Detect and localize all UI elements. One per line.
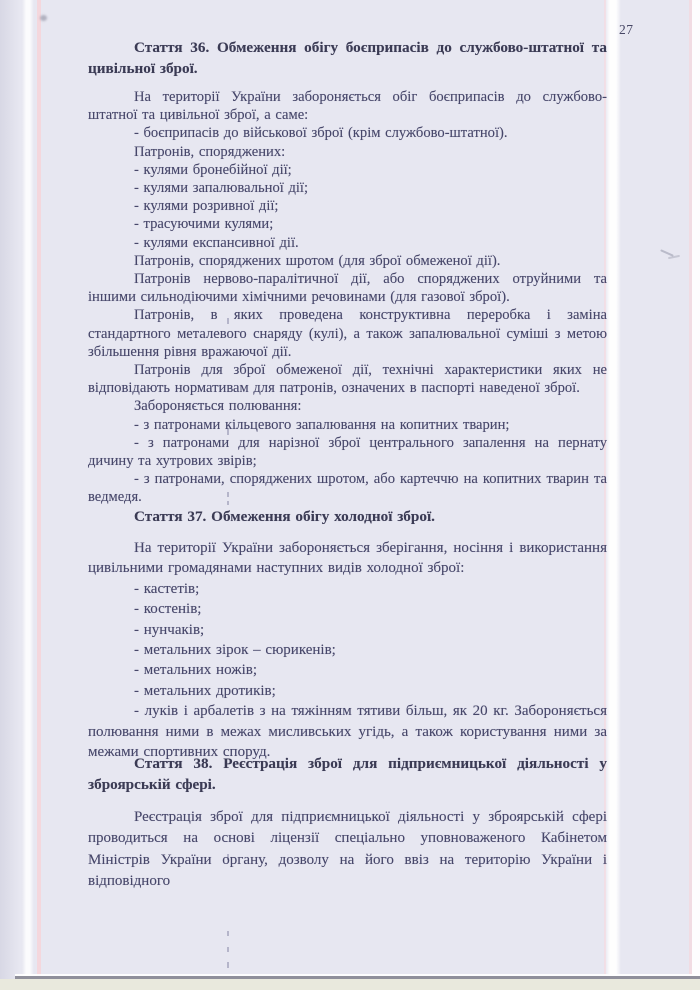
paragraph: Патронів нервово-паралітичної дії, або с… xyxy=(88,270,607,306)
paragraph: Патронів, споряджених: xyxy=(88,143,607,161)
list-item: - з патронами, споряджених шротом, або к… xyxy=(88,470,607,506)
scan-dot-artifact xyxy=(227,962,229,968)
paragraph: Патронів, в яких проведена конструктивна… xyxy=(88,306,607,361)
list-item: - кулями запалювальної дії; xyxy=(88,179,607,197)
article-38-heading-group: Стаття 38. Реєстрація зброї для підприєм… xyxy=(88,753,607,795)
scan-dot-artifact xyxy=(227,947,229,952)
scan-dot-artifact xyxy=(227,931,229,936)
paragraph: Реєстрація зброї для підприємницької дія… xyxy=(88,807,607,893)
list-item: - боєприпасів до військової зброї (крім … xyxy=(88,124,607,142)
article-heading: Стаття 38. Реєстрація зброї для підприєм… xyxy=(88,753,607,795)
article-36-body-group: На території України забороняється обіг … xyxy=(88,88,607,507)
page-number: 27 xyxy=(619,22,634,38)
article-heading: Стаття 36. Обмеження обігу боєприпасів д… xyxy=(88,38,607,79)
scan-fold-band-left xyxy=(22,0,34,990)
paragraph: Забороняється полювання: xyxy=(88,397,607,415)
article-36-heading-group: Стаття 36. Обмеження обігу боєприпасів д… xyxy=(88,38,607,79)
list-item: - кулями експансивної дії. xyxy=(88,234,607,252)
pencil-check-mark xyxy=(660,249,684,263)
list-item: - з патронами для нарізної зброї централ… xyxy=(88,434,607,470)
list-item: - метальних ножів; xyxy=(88,660,607,680)
paragraph: На території України забороняється обіг … xyxy=(88,88,607,124)
list-item: - метальних зірок – сюрикенів; xyxy=(88,640,607,660)
scan-fold-band-right xyxy=(605,0,621,990)
list-item: - кулями розривної дії; xyxy=(88,197,607,215)
scan-edge-shadow xyxy=(0,0,20,990)
article-37-body-group: На території України забороняється збері… xyxy=(88,538,607,762)
list-item: - кулями бронебійної дії; xyxy=(88,161,607,179)
article-heading: Стаття 37. Обмеження обігу холодної збро… xyxy=(88,507,607,528)
article-38-body-group: Реєстрація зброї для підприємницької дія… xyxy=(88,807,607,893)
paragraph: Патронів, споряджених шротом (для зброї … xyxy=(88,252,607,270)
list-item: - з патронами кільцевого запалювання на … xyxy=(88,416,607,434)
scan-pink-line-far-right xyxy=(689,0,692,990)
list-item: - кастетів; xyxy=(88,579,607,599)
list-item: - метальних дротиків; xyxy=(88,681,607,701)
scan-pink-line-left xyxy=(37,0,41,990)
paragraph: На території України забороняється збері… xyxy=(88,538,607,579)
paragraph: Патронів для зброї обмеженої дії, техніч… xyxy=(88,361,607,397)
scanner-background-strip xyxy=(0,979,700,990)
ink-smudge xyxy=(40,15,47,21)
list-item: - трасуючими кулями; xyxy=(88,215,607,233)
article-37-heading-group: Стаття 37. Обмеження обігу холодної збро… xyxy=(88,507,607,528)
scan-fold-band-far-right xyxy=(692,0,700,990)
list-item: - костенів; xyxy=(88,599,607,619)
list-item: - нунчаків; xyxy=(88,620,607,640)
scanned-legal-document-page: { "page": { "number": "27" }, "colors": … xyxy=(0,0,700,990)
